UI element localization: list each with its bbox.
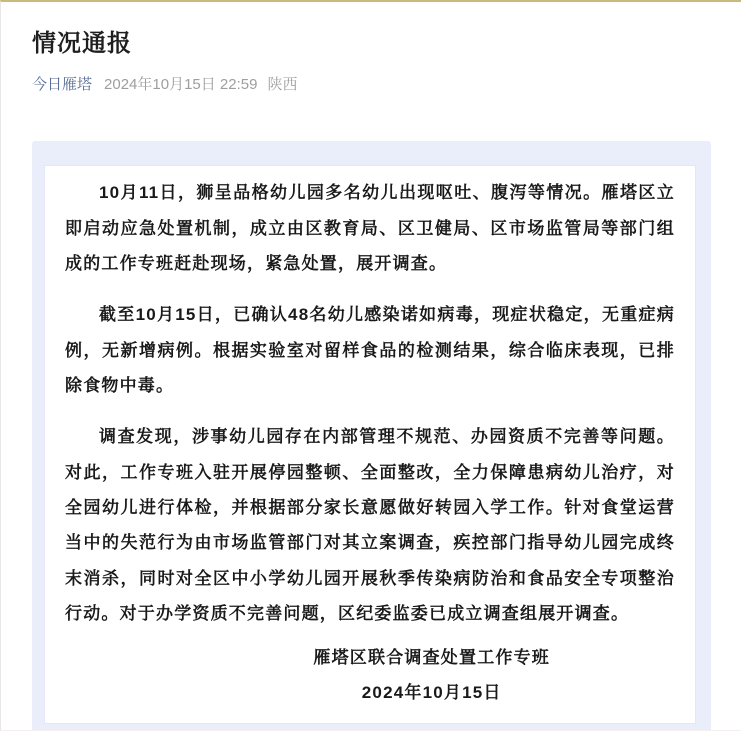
notice-paragraph: 截至10月15日，已确认48名幼儿感染诺如病毒，现症状稳定，无重症病例，无新增病… (65, 297, 675, 403)
notice-panel: 10月11日，狮呈品格幼儿园多名幼儿出现呕吐、腹泻等情况。雁塔区立即启动应急处置… (32, 141, 711, 731)
notice-paragraph: 调查发现，涉事幼儿园存在内部管理不规范、办园资质不完善等问题。对此，工作专班入驻… (65, 419, 675, 631)
article-page: 情况通报 今日雁塔2024年10月15日 22:59陕西 10月11日，狮呈品格… (1, 2, 741, 731)
notice-box: 10月11日，狮呈品格幼儿园多名幼儿出现呕吐、腹泻等情况。雁塔区立即启动应急处置… (44, 165, 696, 724)
notice-signature: 雁塔区联合调查处置工作专班 2024年10月15日 (313, 642, 550, 710)
signature-org: 雁塔区联合调查处置工作专班 (313, 642, 550, 674)
publish-datetime: 2024年10月15日 22:59 (104, 76, 257, 93)
account-name-link[interactable]: 今日雁塔 (32, 76, 92, 93)
article-title: 情况通报 (32, 28, 711, 59)
article-meta: 今日雁塔2024年10月15日 22:59陕西 (32, 74, 711, 95)
signature-date: 2024年10月15日 (313, 677, 550, 709)
publish-location: 陕西 (267, 76, 297, 93)
notice-paragraph: 10月11日，狮呈品格幼儿园多名幼儿出现呕吐、腹泻等情况。雁塔区立即启动应急处置… (65, 175, 675, 281)
